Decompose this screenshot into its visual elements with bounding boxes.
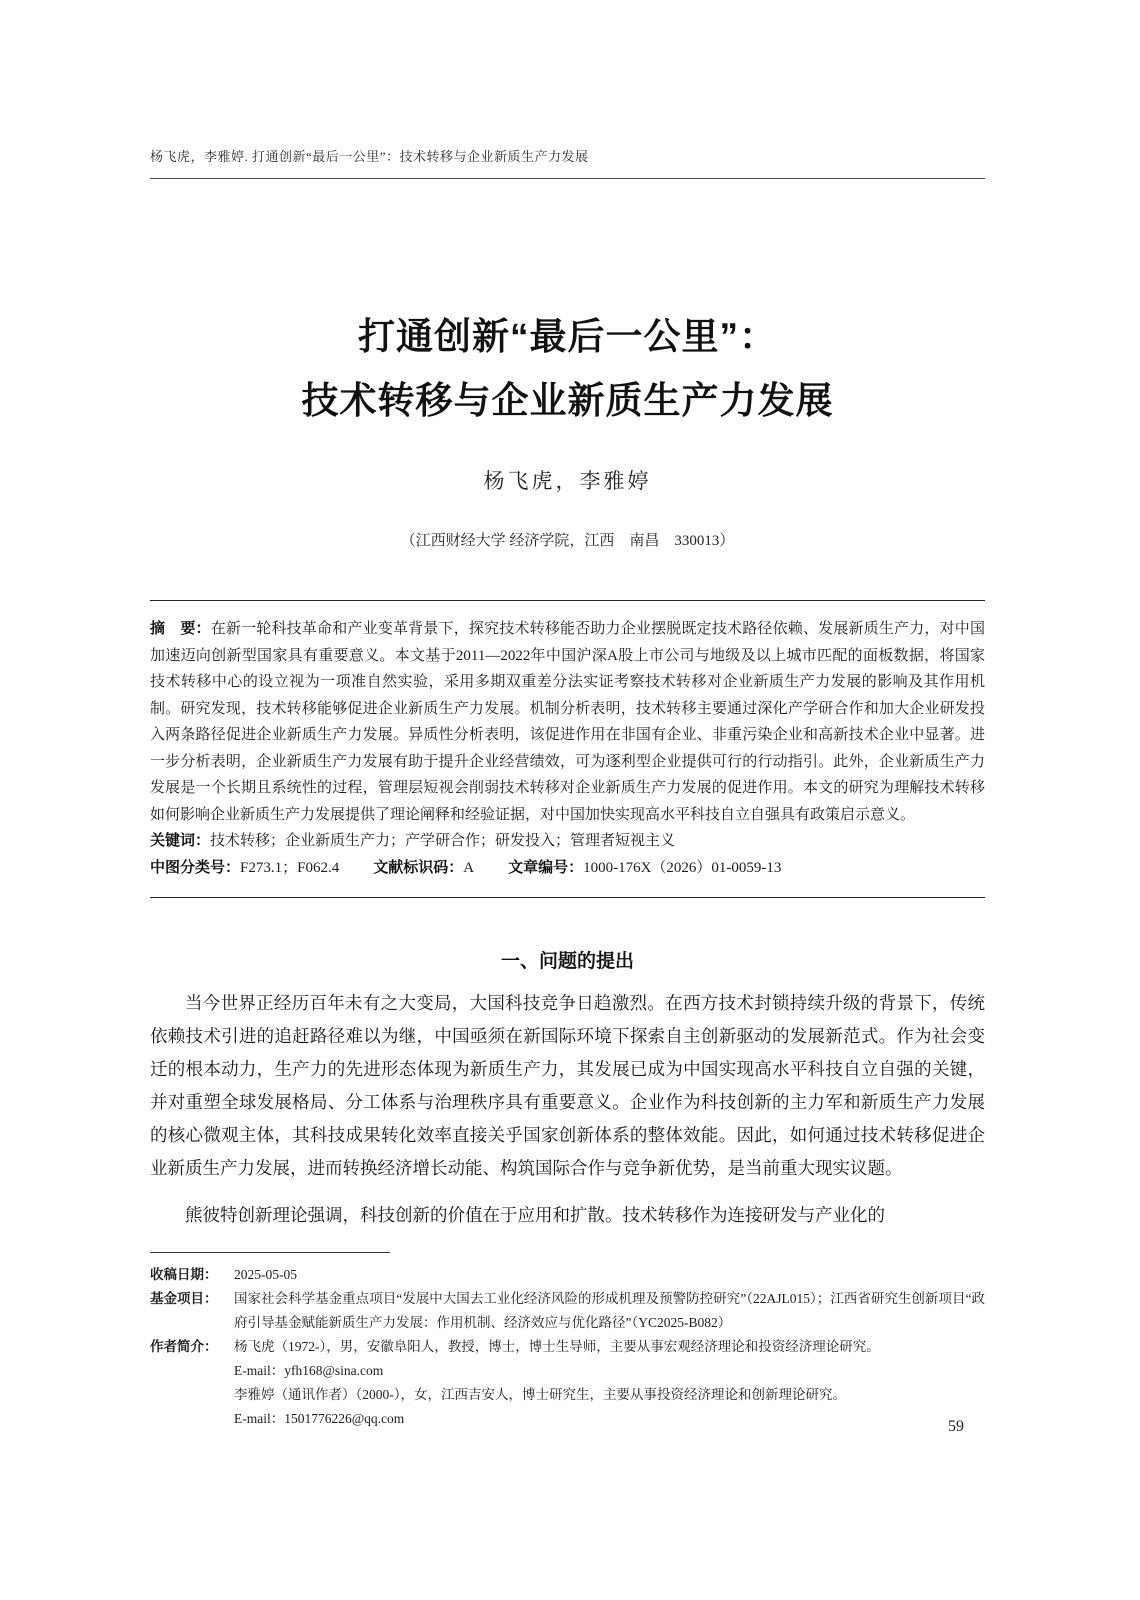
article-title-line1: 打通创新“最后一公里”： [150,305,985,369]
doc-code-value: A [463,860,474,876]
authors: 杨飞虎，李雅婷 [150,465,985,495]
author-bio-2: 李雅婷（通讯作者）（2000-），女，江西吉安人，博士研究生，主要从事投资经济理… [234,1383,985,1407]
footnote-divider [150,1252,390,1253]
funding-value: 国家社会科学基金重点项目“发展中大国去工业化经济风险的形成机理及预警防控研究”（… [234,1287,985,1335]
article-id-value: 1000-176X（2026）01-0059-13 [583,860,781,876]
article-title-line2: 技术转移与企业新质生产力发展 [150,369,985,433]
article-title: 打通创新“最后一公里”： 技术转移与企业新质生产力发展 [150,305,985,433]
running-header: 杨飞虎，李雅婷. 打通创新“最后一公里”：技术转移与企业新质生产力发展 [150,146,985,179]
doc-code-label: 文献标识码： [373,859,463,876]
author-bio-content: 杨飞虎（1972-），男，安徽阜阳人，教授，博士，博士生导师，主要从事宏观经济理… [234,1335,985,1431]
body-paragraph-1: 当今世界正经历百年未有之大变局，大国科技竞争日趋激烈。在西方技术封锁持续升级的背… [150,987,985,1185]
clc-label: 中图分类号： [150,859,240,876]
received-date-label: 收稿日期： [150,1263,234,1287]
section-heading-1: 一、问题的提出 [150,946,985,973]
keywords-label: 关键词： [150,832,210,849]
page-number: 59 [948,1418,964,1436]
article-id-label: 文章编号： [508,859,583,876]
keywords-text: 技术转移；企业新质生产力；产学研合作；研发投入；管理者短视主义 [210,833,675,849]
author-bio-1-email: E-mail：yfh168@sina.com [234,1359,985,1383]
keywords-line: 关键词：技术转移；企业新质生产力；产学研合作；研发投入；管理者短视主义 [150,828,985,855]
author-bio-1: 杨飞虎（1972-），男，安徽阜阳人，教授，博士，博士生导师，主要从事宏观经济理… [234,1335,985,1359]
footnote-bios: 作者简介： 杨飞虎（1972-），男，安徽阜阳人，教授，博士，博士生导师，主要从… [150,1335,985,1431]
paper-page: 杨飞虎，李雅婷. 打通创新“最后一公里”：技术转移与企业新质生产力发展 打通创新… [0,0,1140,1600]
footnotes-block: 收稿日期： 2025-05-05 基金项目： 国家社会科学基金重点项目“发展中大… [150,1263,985,1431]
funding-label: 基金项目： [150,1287,234,1335]
abstract-paragraph: 摘 要：在新一轮科技革命和产业变革背景下，探究技术转移能否助力企业摆脱既定技术路… [150,616,985,828]
affiliation: （江西财经大学 经济学院，江西 南昌 330013） [150,529,985,550]
received-date-value: 2025-05-05 [234,1263,985,1287]
classification-line: 中图分类号：F273.1；F062.4文献标识码：A文章编号：1000-176X… [150,855,985,882]
author-bio-2-email: E-mail：1501776226@qq.com [234,1407,985,1431]
abstract-block: 摘 要：在新一轮科技革命和产业变革背景下，探究技术转移能否助力企业摆脱既定技术路… [150,600,985,898]
footnote-received: 收稿日期： 2025-05-05 [150,1263,985,1287]
clc-value: F273.1；F062.4 [240,860,339,876]
footnote-funding: 基金项目： 国家社会科学基金重点项目“发展中大国去工业化经济风险的形成机理及预警… [150,1287,985,1335]
body-paragraph-2: 熊彼特创新理论强调，科技创新的价值在于应用和扩散。技术转移作为连接研发与产业化的 [150,1199,985,1232]
abstract-label: 摘 要： [150,620,211,637]
author-bio-label: 作者简介： [150,1335,234,1431]
abstract-text: 在新一轮科技革命和产业变革背景下，探究技术转移能否助力企业摆脱既定技术路径依赖、… [150,621,985,823]
